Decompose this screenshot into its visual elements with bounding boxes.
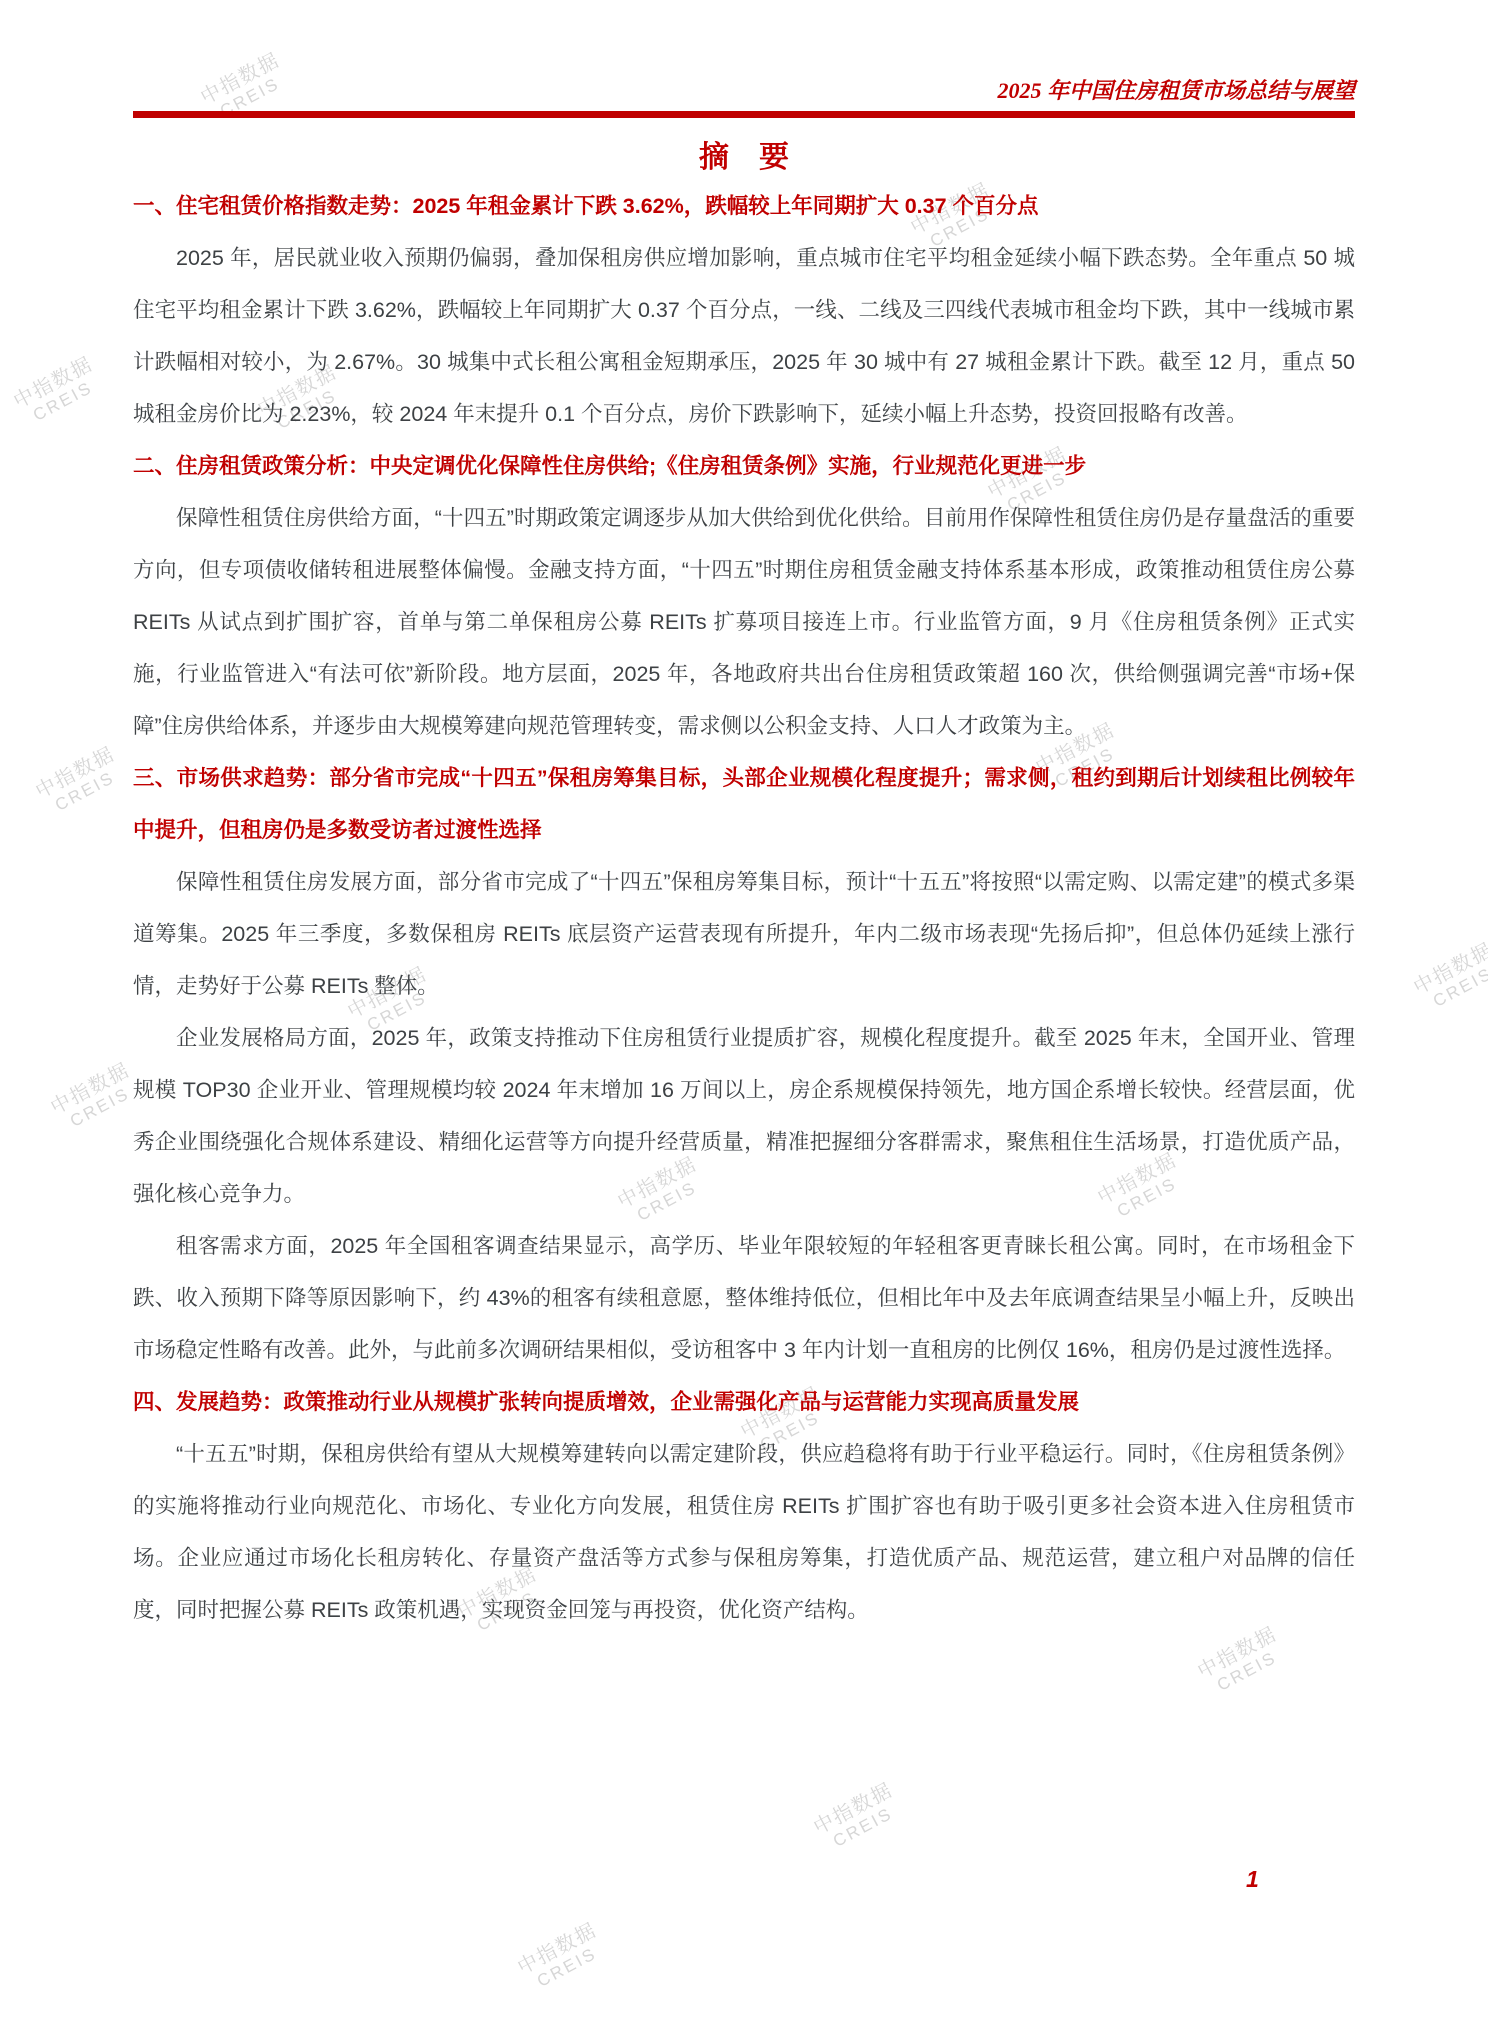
section-paragraph: 企业发展格局方面，2025 年，政策支持推动下住房租赁行业提质扩容，规模化程度提… bbox=[133, 1012, 1355, 1220]
section-paragraph: 保障性租赁住房发展方面，部分省市完成了“十四五”保租房筹集目标，预计“十五五”将… bbox=[133, 856, 1355, 1012]
section-heading: 一、住宅租赁价格指数走势：2025 年租金累计下跌 3.62%，跌幅较上年同期扩… bbox=[133, 180, 1355, 232]
page-number: 1 bbox=[1246, 1866, 1259, 1893]
section-paragraph: “十五五”时期，保租房供给有望从大规模筹建转向以需定建阶段，供应趋稳将有助于行业… bbox=[133, 1428, 1355, 1636]
watermark: 中指数据CREIS bbox=[515, 1920, 610, 1996]
section-paragraph: 保障性租赁住房供给方面，“十四五”时期政策定调逐步从加大供给到优化供给。目前用作… bbox=[133, 492, 1355, 752]
watermark: 中指数据CREIS bbox=[811, 1780, 906, 1856]
section-heading: 三、市场供求趋势：部分省市完成“十四五”保租房筹集目标，头部企业规模化程度提升；… bbox=[133, 752, 1355, 856]
section-paragraph: 租客需求方面，2025 年全国租客调查结果显示，高学历、毕业年限较短的年轻租客更… bbox=[133, 1220, 1355, 1376]
section-paragraph: 2025 年，居民就业收入预期仍偏弱，叠加保租房供应增加影响，重点城市住宅平均租… bbox=[133, 232, 1355, 440]
document-page: 中指数据CREIS中指数据CREIS中指数据CREIS中指数据CREIS中指数据… bbox=[0, 0, 1488, 2019]
watermark: 中指数据CREIS bbox=[1411, 940, 1488, 1016]
section-2: 二、住房租赁政策分析：中央定调优化保障性住房供给;《住房租赁条例》实施，行业规范… bbox=[133, 440, 1355, 752]
watermark: 中指数据CREIS bbox=[11, 354, 106, 430]
watermark: 中指数据CREIS bbox=[48, 1060, 143, 1136]
page-content: 2025 年中国住房租赁市场总结与展望 摘 要 一、住宅租赁价格指数走势：202… bbox=[133, 0, 1355, 1636]
watermark: 中指数据CREIS bbox=[33, 744, 128, 820]
section-heading: 二、住房租赁政策分析：中央定调优化保障性住房供给;《住房租赁条例》实施，行业规范… bbox=[133, 440, 1355, 492]
section-heading: 四、发展趋势：政策推动行业从规模扩张转向提质增效，企业需强化产品与运营能力实现高… bbox=[133, 1376, 1355, 1428]
section-1: 一、住宅租赁价格指数走势：2025 年租金累计下跌 3.62%，跌幅较上年同期扩… bbox=[133, 180, 1355, 440]
report-header-title: 2025 年中国住房租赁市场总结与展望 bbox=[133, 0, 1355, 104]
page-title: 摘 要 bbox=[133, 136, 1355, 180]
section-4: 四、发展趋势：政策推动行业从规模扩张转向提质增效，企业需强化产品与运营能力实现高… bbox=[133, 1376, 1355, 1636]
header-rule bbox=[133, 111, 1355, 118]
section-3: 三、市场供求趋势：部分省市完成“十四五”保租房筹集目标，头部企业规模化程度提升；… bbox=[133, 752, 1355, 1376]
